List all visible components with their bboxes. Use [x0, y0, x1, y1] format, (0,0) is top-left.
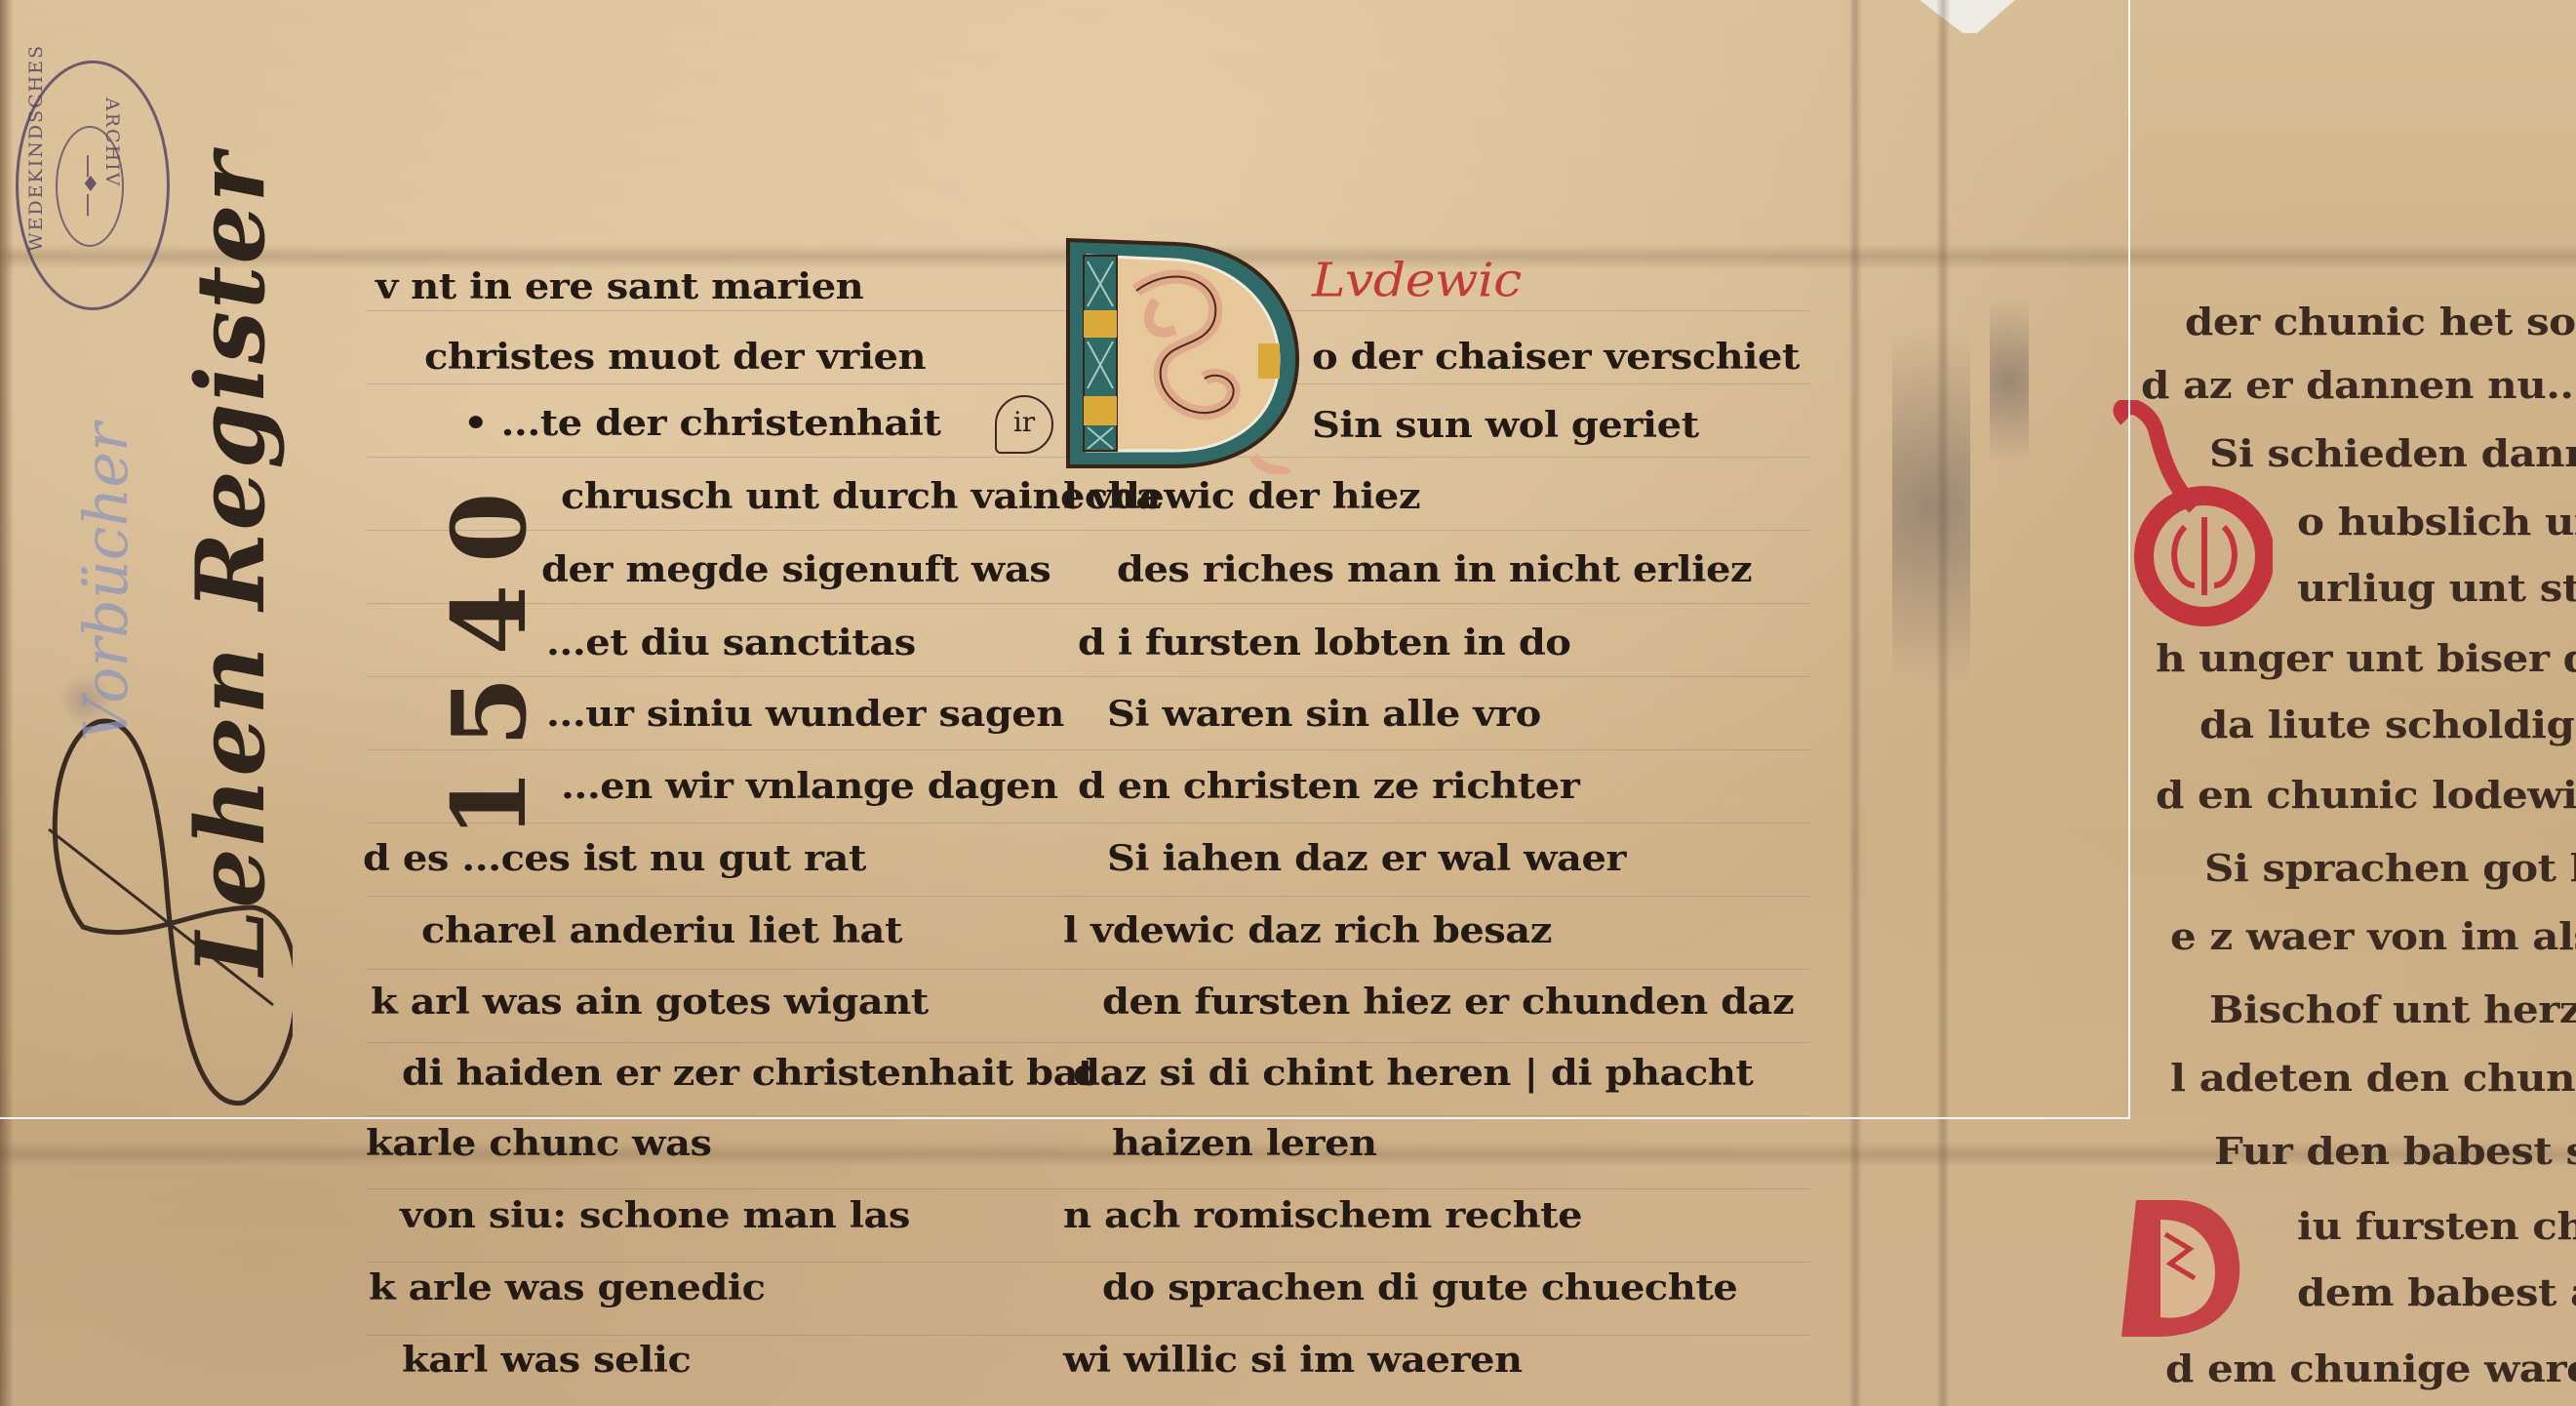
stamp-text-left: WEDEKINDSCHES [25, 44, 47, 252]
text-line: o der chaiser verschiet [1312, 336, 1800, 378]
text-line: christes muot der vrien [424, 336, 926, 378]
ruling-line [366, 1262, 1809, 1263]
ruling-line [366, 530, 1809, 531]
text-line: da liute scholdiger s... [2200, 703, 2576, 746]
stamp-emblem-icon: |♦| [81, 156, 95, 215]
text-line: karl was selic [402, 1339, 691, 1381]
red-initial-d-icon [2117, 1195, 2253, 1342]
parchment-left-edge [0, 0, 14, 1406]
text-line: do sprachen di gute chuechte [1102, 1266, 1737, 1308]
text-line: des riches man in nicht erliez [1117, 548, 1752, 590]
text-line: karle chunc was [366, 1122, 712, 1164]
text-line: k arle was genedic [369, 1266, 765, 1308]
text-line: v nt in ere sant marien [376, 265, 863, 307]
text-line: charel anderiu liet hat [421, 909, 902, 951]
text-line: der chunic het so gu... [2185, 300, 2576, 343]
ruling-line [366, 896, 1809, 897]
illuminated-initial-icon [1058, 232, 1307, 474]
text-line: dem babest ad... [2297, 1270, 2576, 1314]
text-line: Si schieden danne... [2209, 431, 2576, 475]
text-line: Sin sun wol geriet [1312, 404, 1699, 446]
text-line: ...ur siniu wunder sagen [546, 693, 1064, 735]
text-line: urliug unt st... [2297, 566, 2576, 610]
text-line: von siu: schone man las [400, 1194, 910, 1236]
text-line: d en chunic lodewi zen... [2156, 773, 2576, 817]
text-line: d i fursten lobten in do [1078, 622, 1570, 663]
stamp-text-right: ARCHIV [101, 98, 123, 187]
text-line: n ach romischem rechte [1063, 1194, 1582, 1236]
text-line: ...en wir vnlange dagen [561, 765, 1058, 807]
text-line: e z waer von im also... [2170, 914, 2576, 958]
ruling-line [366, 676, 1809, 677]
ruling-line [366, 749, 1809, 750]
text-line: d az er dannen nu... [2141, 363, 2576, 407]
text-line: l adeten den chunic... [2170, 1056, 2576, 1100]
pencil-note: Vorbücher [70, 422, 141, 742]
text-line: k arl was ain gotes wigant [371, 981, 929, 1023]
text-line: Fur den babest sch... [2214, 1129, 2576, 1173]
text-line: ...et diu sanctitas [546, 622, 916, 663]
text-line: den fursten hiez er chunden daz [1102, 981, 1794, 1023]
text-line: wi willic si im waeren [1063, 1339, 1523, 1381]
vertical-fold [1848, 0, 1862, 1406]
stain [1990, 263, 2029, 498]
marginal-note: ir [995, 395, 1053, 454]
text-line: Si iahen daz er wal waer [1107, 837, 1626, 879]
text-line: der megde sigenuft was [541, 548, 1050, 590]
ruling-line [366, 1188, 1809, 1189]
text-line: Si sprachen got he... [2204, 846, 2576, 890]
text-line: iu fursten chla... [2297, 1204, 2576, 1248]
text-line: l vdewic daz rich besaz [1063, 909, 1552, 951]
stain [1892, 254, 1970, 761]
text-line: d en christen ze richter [1078, 765, 1579, 807]
text-line: haizen leren [1112, 1122, 1377, 1164]
year-annotation: 1540 [429, 471, 549, 839]
text-line: d em chunige waren... [2165, 1346, 2576, 1390]
text-line: d es ...ces ist nu gut rat [363, 837, 866, 879]
text-line: h unger unt biser da [2156, 636, 2576, 680]
title-annotation: Lehen Register [176, 151, 286, 976]
ruling-line [366, 603, 1809, 604]
ruling-line [366, 1335, 1809, 1336]
rubric-heading: Lvdewic [1312, 254, 1522, 307]
text-line: l vdewic der hiez [1063, 475, 1420, 517]
text-line: daz si di chint heren | di phacht [1073, 1052, 1753, 1094]
ruling-line [366, 1115, 1809, 1116]
text-line: Bischof unt herzog... [2209, 987, 2576, 1031]
ruling-line [366, 969, 1809, 970]
text-line: di haiden er zer christenhait bat [402, 1052, 1095, 1094]
ruling-line [366, 1042, 1809, 1043]
ruling-line [366, 823, 1809, 824]
text-line: • ...te der christenhait [463, 402, 940, 444]
text-line: o hubslich und er... [2297, 500, 2576, 543]
text-line: Si waren sin alle vro [1107, 693, 1541, 735]
